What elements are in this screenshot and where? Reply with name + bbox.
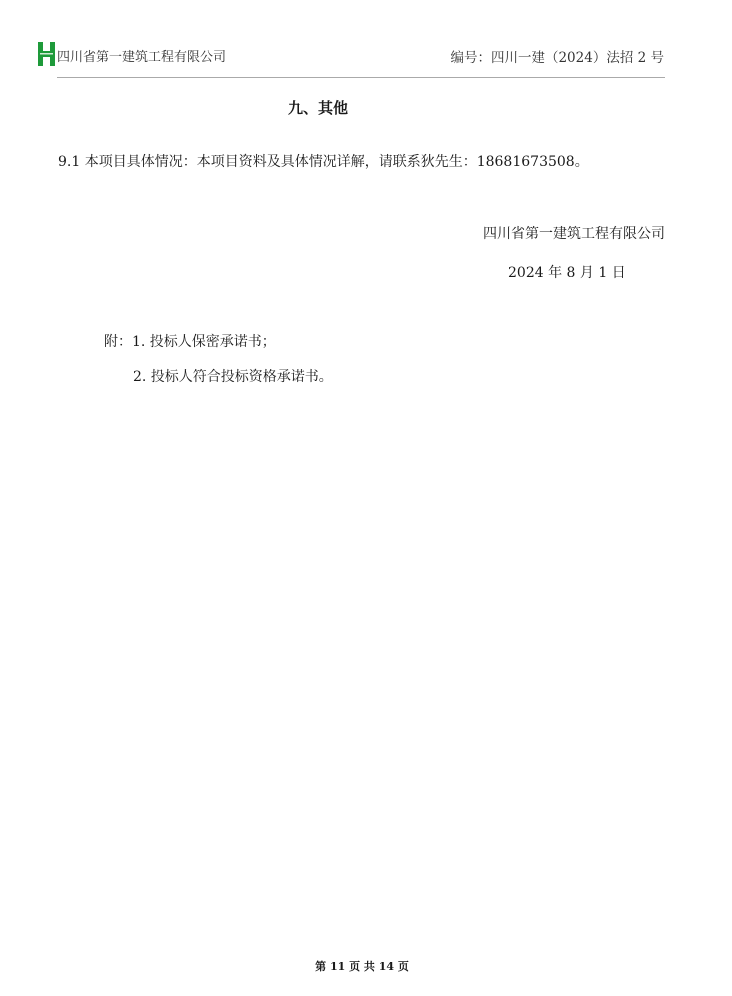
header-company-name: 四川省第一建筑工程有限公司 — [57, 46, 226, 65]
attachment-item-2: 2. 投标人符合投标资格承诺书。 — [133, 366, 333, 386]
company-logo-icon — [38, 42, 55, 66]
header-divider — [57, 77, 665, 78]
attachment-item-1: 附：1. 投标人保密承诺书； — [104, 331, 276, 351]
document-number: 编号：四川一建（2024）法招 2 号 — [450, 46, 664, 66]
page-number: 第 11 页 共 14 页 — [0, 958, 724, 974]
signature-company: 四川省第一建筑工程有限公司 — [483, 223, 665, 243]
signature-date: 2024 年 8 月 1 日 — [508, 262, 626, 282]
section-title: 九、其他 — [0, 97, 636, 118]
section-paragraph: 9.1 本项目具体情况：本项目资料及具体情况详解，请联系狄先生：18681673… — [58, 151, 589, 171]
